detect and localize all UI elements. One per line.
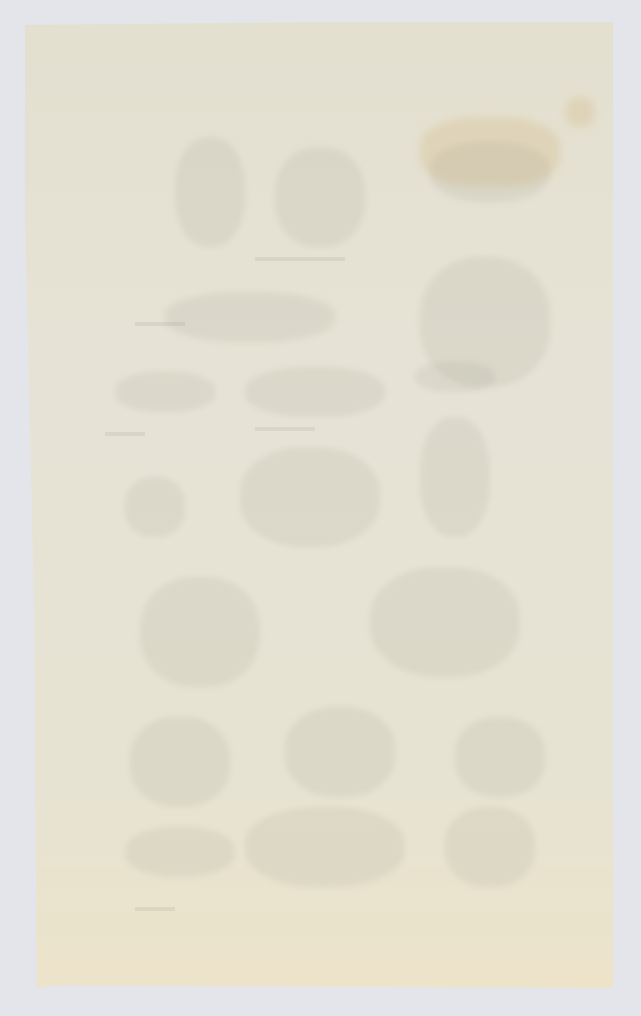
bleed-through-plate (85, 117, 585, 917)
antique-print-sheet (25, 22, 613, 988)
